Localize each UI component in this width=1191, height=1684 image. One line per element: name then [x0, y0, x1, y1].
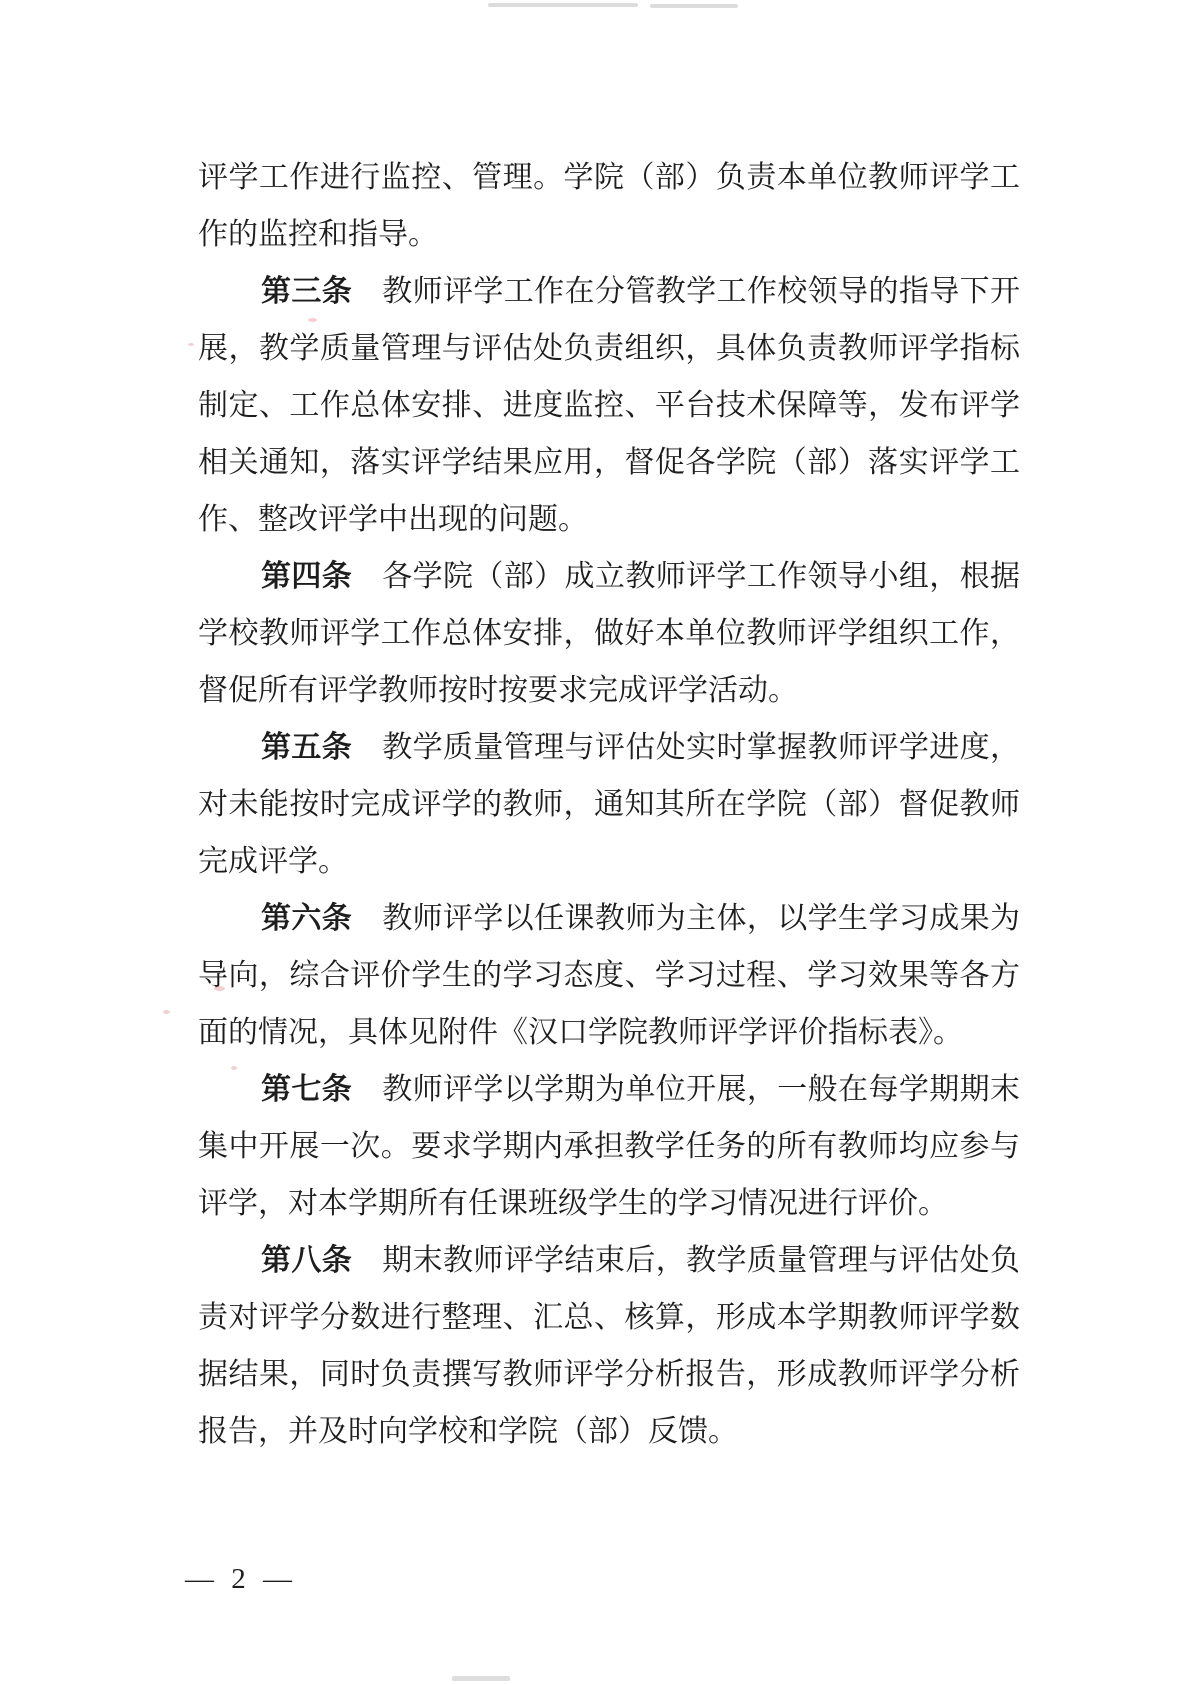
paragraph-article-6: 第六条教师评学以任课教师为主体，以学生学习成果为导向，综合评价学生的学习态度、学… [198, 890, 1020, 1061]
scan-speckle [231, 1066, 237, 1070]
scanned-document-page: 评学工作进行监控、管理。学院（部）负责本单位教师评学工作的监控和指导。 第三条教… [0, 0, 1191, 1684]
scan-speckle [163, 1010, 170, 1014]
page-number: — 2 — [185, 1563, 292, 1596]
paragraph-text: 教师评学工作在分管教学工作校领导的指导下开展，教学质量管理与评估处负责组织，具体… [198, 275, 1020, 536]
article-number-label: 第四条 [261, 560, 352, 593]
paragraph-article-7: 第七条教师评学以学期为单位开展，一般在每学期期末集中开展一次。要求学期内承担教学… [198, 1061, 1020, 1232]
paragraph-article-4: 第四条各学院（部）成立教师评学工作领导小组，根据学校教师评学工作总体安排，做好本… [198, 548, 1020, 719]
scan-speckle [214, 986, 225, 991]
paragraph-article-3: 第三条教师评学工作在分管教学工作校领导的指导下开展，教学质量管理与评估处负责组织… [198, 263, 1020, 548]
paragraph-article-8: 第八条期末教师评学结束后，教学质量管理与评估处负责对评学分数进行整理、汇总、核算… [198, 1232, 1020, 1460]
paragraph-text: 评学工作进行监控、管理。学院（部）负责本单位教师评学工作的监控和指导。 [198, 161, 1020, 251]
paragraph-continued-from-previous-page: 评学工作进行监控、管理。学院（部）负责本单位教师评学工作的监控和指导。 [198, 149, 1020, 263]
scan-artifact-bottom-smudge [452, 1676, 510, 1681]
article-number-label: 第六条 [261, 902, 352, 935]
article-number-label: 第八条 [261, 1244, 352, 1277]
article-number-label: 第三条 [261, 275, 352, 308]
article-number-label: 第五条 [261, 731, 352, 764]
article-number-label: 第七条 [261, 1073, 352, 1106]
scan-speckle [308, 318, 317, 322]
document-body: 评学工作进行监控、管理。学院（部）负责本单位教师评学工作的监控和指导。 第三条教… [198, 149, 1020, 1460]
scan-artifact-top-streak [650, 4, 738, 8]
scan-speckle [188, 343, 194, 346]
paragraph-article-5: 第五条教学质量管理与评估处实时掌握教师评学进度，对未能按时完成评学的教师，通知其… [198, 719, 1020, 890]
scan-artifact-top-streak [488, 3, 638, 7]
